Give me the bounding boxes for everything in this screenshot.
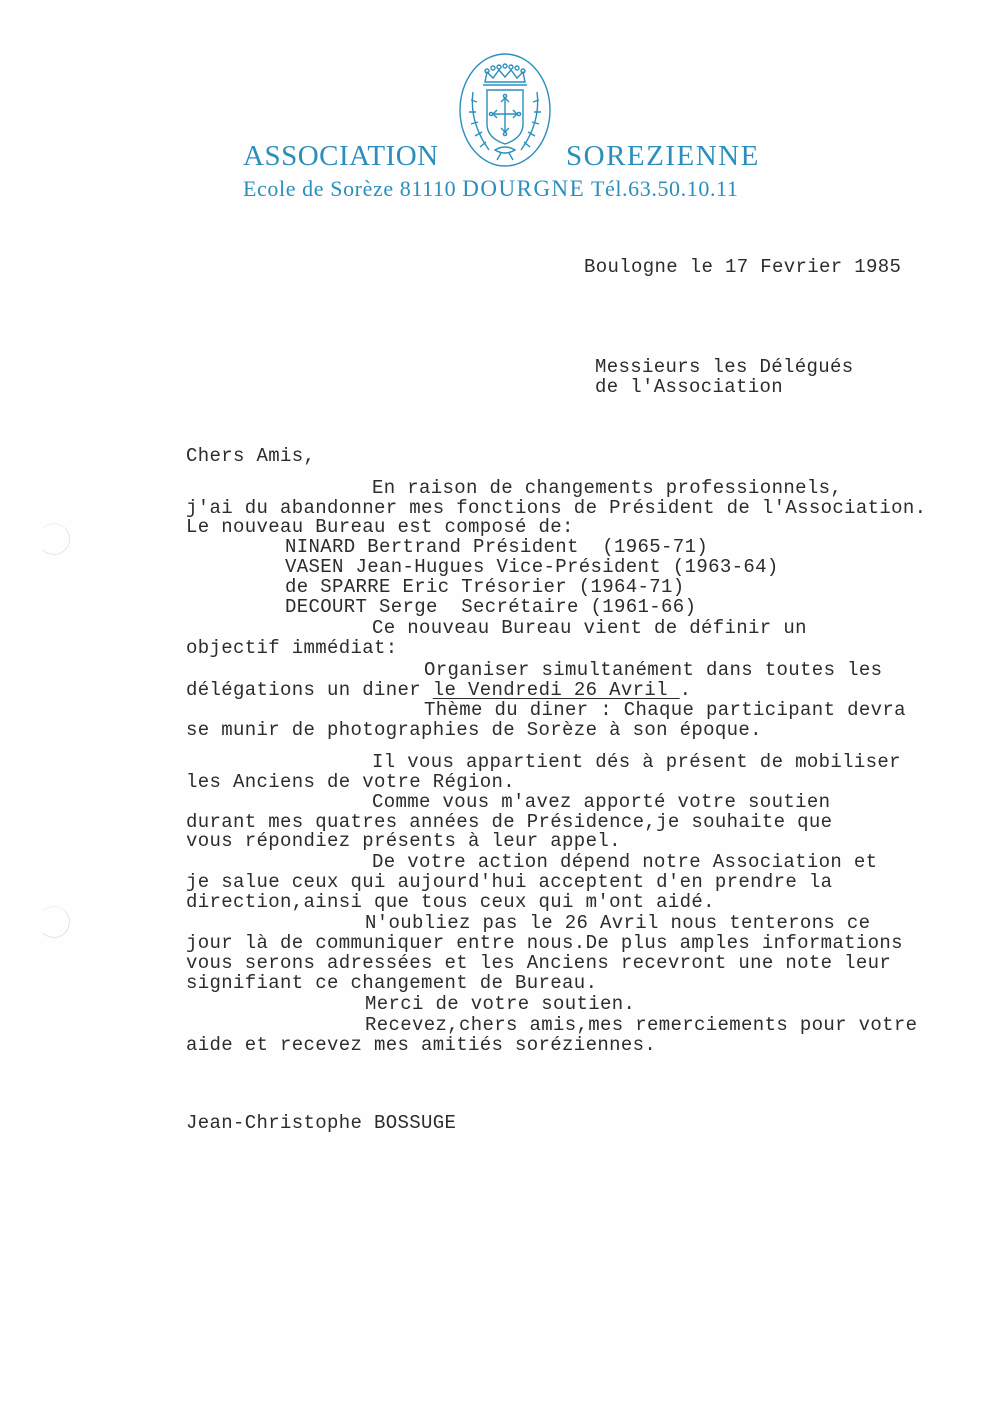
body-line: vous répondiez présents à leur appel. <box>186 831 621 851</box>
body-text: . <box>680 679 692 701</box>
body-line: Le nouveau Bureau est composé de: <box>186 517 574 537</box>
body-line: Ce nouveau Bureau vient de définir un <box>372 618 807 638</box>
body-line: objectif immédiat: <box>186 638 398 658</box>
body-line: aide et recevez mes amitiés soréziennes. <box>186 1035 656 1055</box>
body-line: Organiser simultanément dans toutes les <box>424 660 882 680</box>
signature: Jean-Christophe BOSSUGE <box>186 1113 456 1133</box>
address-phone: Tél.63.50.10.11 <box>591 176 739 201</box>
body-line: En raison de changements professionnels, <box>372 478 842 498</box>
bureau-member: VASEN Jean-Hugues Vice-Président (1963-6… <box>285 557 779 577</box>
association-name-right: SOREZIENNE <box>566 140 760 173</box>
recipient-line-2: de l'Association <box>595 377 783 397</box>
punch-hole-top <box>38 523 70 555</box>
body-line: signifiant ce changement de Bureau. <box>186 973 597 993</box>
body-text: délégations un diner <box>186 679 433 701</box>
body-line: vous serons adressées et les Anciens rec… <box>186 953 891 973</box>
punch-hole-bottom <box>38 906 70 938</box>
dinner-date-underlined: le Vendredi 26 Avril <box>433 679 680 701</box>
letter-page: ASSOCIATION SOREZIENNE Ecole de Sorèze 8… <box>0 0 1000 1413</box>
letterhead-address: Ecole de Sorèze 81110 DOURGNE Tél.63.50.… <box>243 176 738 202</box>
body-line: délégations un diner le Vendredi 26 Avri… <box>186 680 691 700</box>
coat-of-arms-icon <box>457 52 553 168</box>
body-line: les Anciens de votre Région. <box>186 772 515 792</box>
body-line: jour là de communiquer entre nous.De plu… <box>186 933 903 953</box>
body-line: Comme vous m'avez apporté votre soutien <box>372 792 830 812</box>
bureau-member: de SPARRE Eric Trésorier (1964-71) <box>285 577 685 597</box>
bureau-member: DECOURT Serge Secrétaire (1961-66) <box>285 597 696 617</box>
body-line: De votre action dépend notre Association… <box>372 852 877 872</box>
association-name-left: ASSOCIATION <box>243 140 439 173</box>
address-city: DOURGNE <box>462 176 585 201</box>
body-line: se munir de photographies de Sorèze à so… <box>186 720 762 740</box>
body-line: direction,ainsi que tous ceux qui m'ont … <box>186 892 715 912</box>
body-line: N'oubliez pas le 26 Avril nous tenterons… <box>365 913 870 933</box>
bureau-member: NINARD Bertrand Président (1965-71) <box>285 537 708 557</box>
date-line: Boulogne le 17 Fevrier 1985 <box>584 257 901 277</box>
address-school: Ecole de Sorèze 81110 <box>243 176 456 201</box>
recipient-line-1: Messieurs les Délégués <box>595 357 854 377</box>
body-line: Recevez,chers amis,mes remerciements pou… <box>365 1015 917 1035</box>
body-line: durant mes quatres années de Présidence,… <box>186 812 832 832</box>
body-line: Thème du diner : Chaque participant devr… <box>424 700 906 720</box>
body-line: Il vous appartient dés à présent de mobi… <box>372 752 901 772</box>
salutation: Chers Amis, <box>186 446 315 466</box>
body-line: je salue ceux qui aujourd'hui acceptent … <box>186 872 832 892</box>
body-line: j'ai du abandonner mes fonctions de Prés… <box>186 498 926 518</box>
body-line: Merci de votre soutien. <box>365 994 635 1014</box>
